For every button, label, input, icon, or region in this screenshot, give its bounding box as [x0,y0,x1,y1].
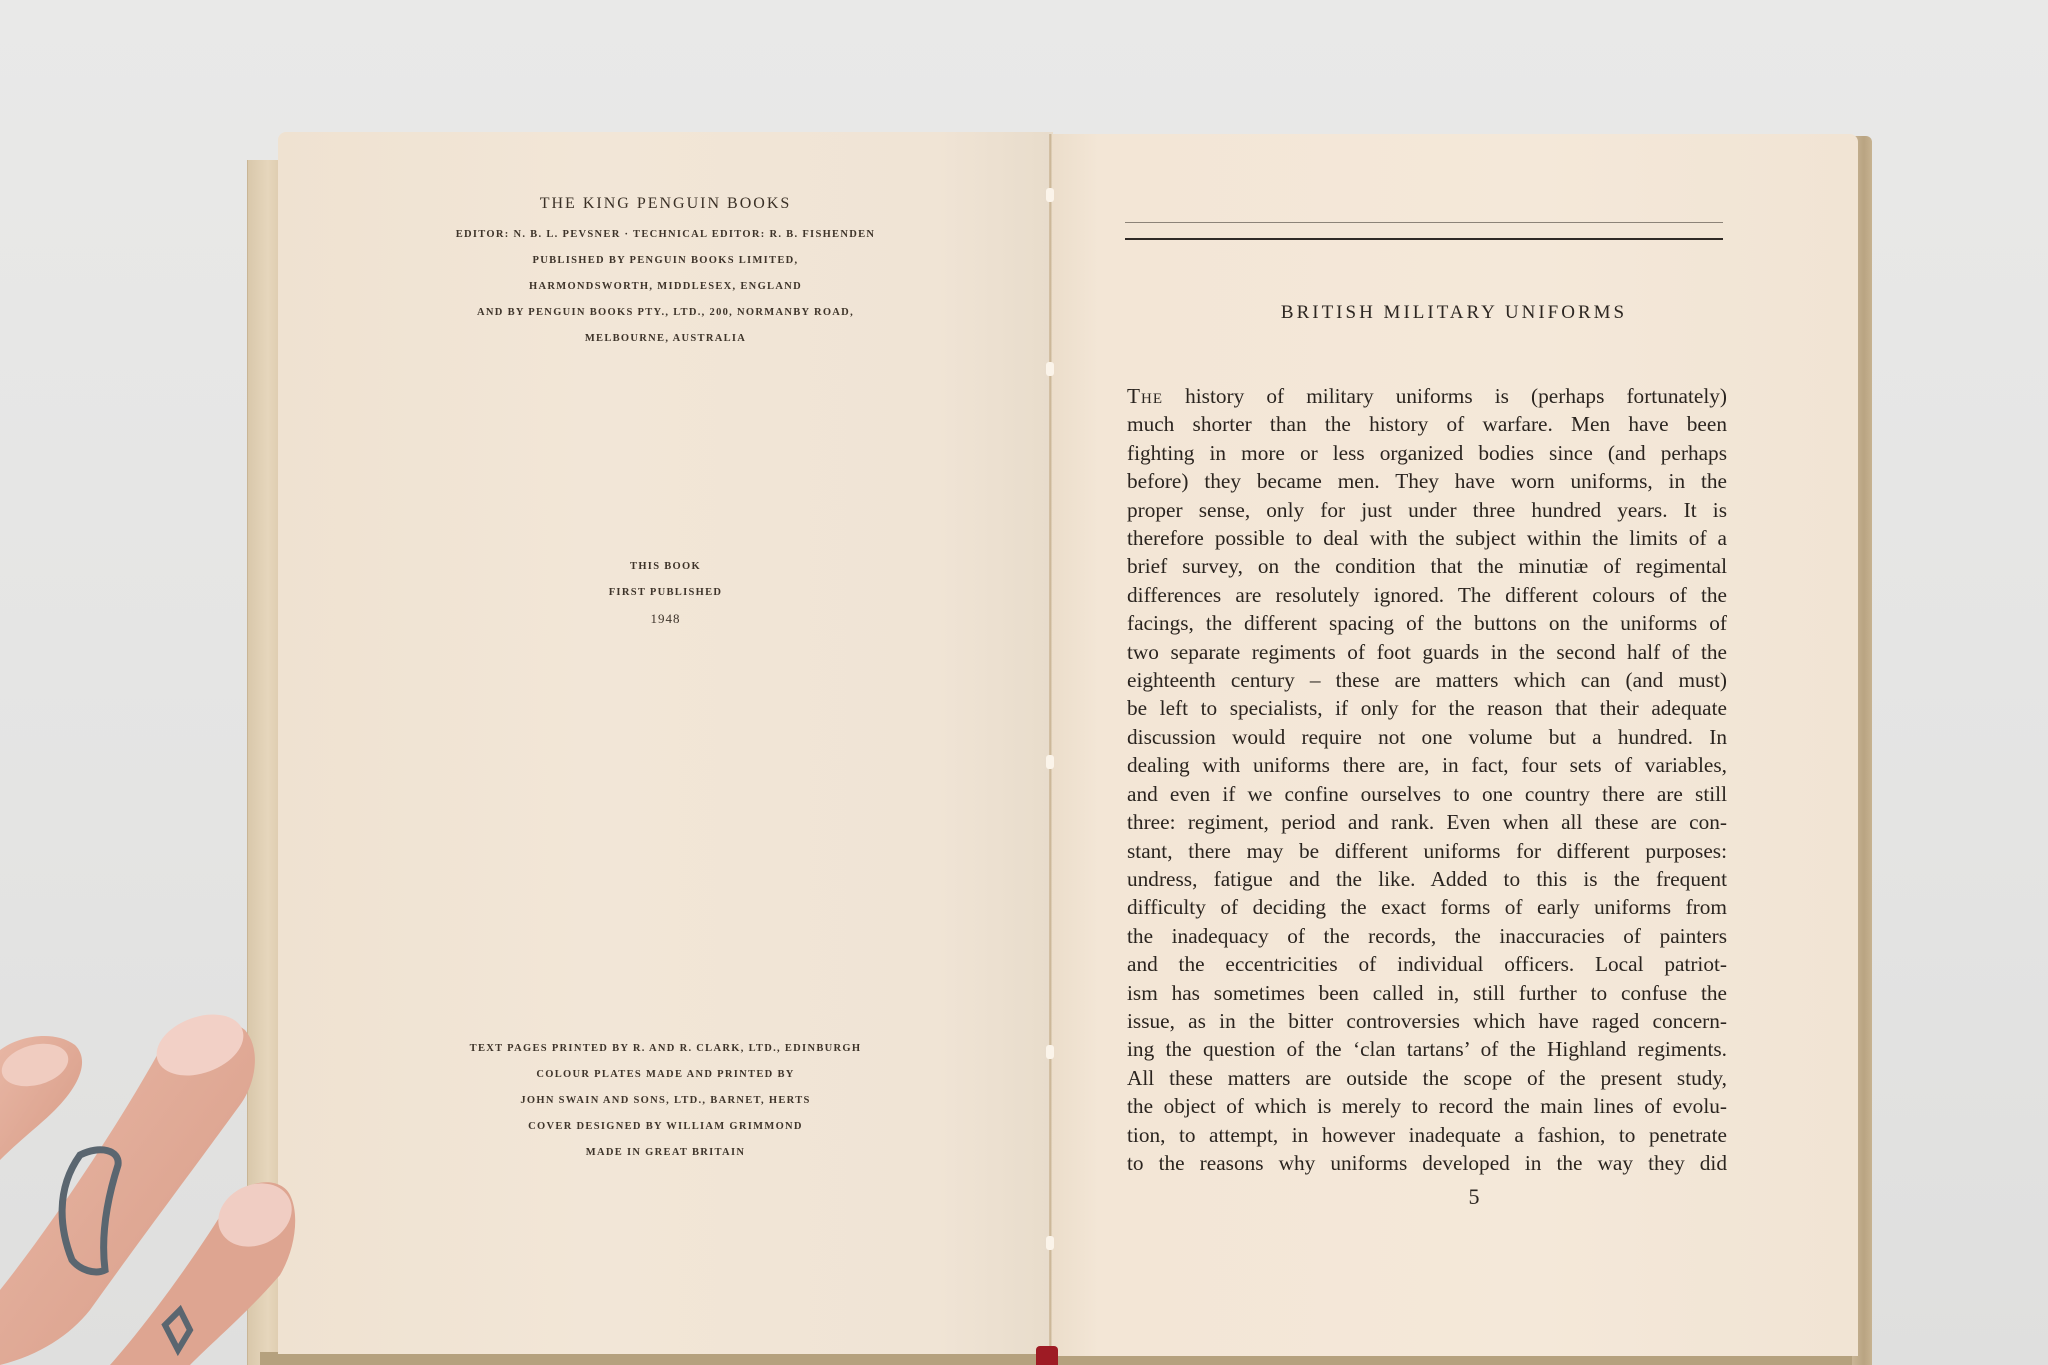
body-line: to the reasons why uniforms developed in… [1127,1149,1727,1177]
body-line: facings, the different spacing of the bu… [1127,609,1727,637]
body-line: and even if we confine ourselves to one … [1127,780,1727,808]
body-line: the inadequacy of the records, the inacc… [1127,922,1727,950]
editor-line: EDITOR: N. B. L. PEVSNER · TECHNICAL EDI… [278,222,1053,248]
body-line: proper sense, only for just under three … [1127,496,1727,524]
body-line: undress, fatigue and the like. Added to … [1127,865,1727,893]
made-in-line: MADE IN GREAT BRITAIN [278,1140,1053,1166]
body-line: the object of which is merely to record … [1127,1092,1727,1120]
chapter-title: BRITISH MILITARY UNIFORMS [1050,302,1858,324]
australia-publisher-line: AND BY PENGUIN BOOKS PTY., LTD., 200, NO… [278,300,1053,326]
body-line: The history of military uniforms is (per… [1127,382,1727,410]
book-gutter [1049,134,1052,1356]
body-line: issue, as in the bitter controversies wh… [1127,1007,1727,1035]
publisher-address-line: HARMONDSWORTH, MIDDLESEX, ENGLAND [278,274,1053,300]
left-page: THE KING PENGUIN BOOKS EDITOR: N. B. L. … [278,132,1053,1354]
body-line: ism has sometimes been called in, still … [1127,979,1727,1007]
body-line: and the eccentricities of individual off… [1127,950,1727,978]
printer-line: TEXT PAGES PRINTED BY R. AND R. CLARK, L… [278,1036,1053,1062]
body-line: tion, to attempt, in however inadequate … [1127,1121,1727,1149]
header-rule-thin [1125,222,1723,223]
binding-stitch [1046,1045,1054,1059]
page-number: 5 [1050,1184,1858,1210]
binding-stitch [1046,1236,1054,1250]
body-line: eighteenth century – these are matters w… [1127,666,1727,694]
cover-designer-line: COVER DESIGNED BY WILLIAM GRIMMOND [278,1114,1053,1140]
printer-imprint: TEXT PAGES PRINTED BY R. AND R. CLARK, L… [278,1036,1053,1166]
body-line: brief survey, on the condition that the … [1127,552,1727,580]
publisher-line: PUBLISHED BY PENGUIN BOOKS LIMITED, [278,248,1053,274]
body-line: three: regiment, period and rank. Even w… [1127,808,1727,836]
body-line: fighting in more or less organized bodie… [1127,439,1727,467]
body-line: before) they became men. They have worn … [1127,467,1727,495]
body-line: differences are resolutely ignored. The … [1127,581,1727,609]
right-page: BRITISH MILITARY UNIFORMS The history of… [1050,134,1858,1356]
drop-word: The [1127,384,1163,408]
printer-line: COLOUR PLATES MADE AND PRINTED BY [278,1062,1053,1088]
body-line: dealing with uniforms there are, in fact… [1127,751,1727,779]
body-line: stant, there may be different uniforms f… [1127,837,1727,865]
body-line: two separate regiments of foot guards in… [1127,638,1727,666]
publication-year: 1948 [278,606,1053,632]
body-text: The history of military uniforms is (per… [1127,382,1727,1177]
body-line: therefore possible to deal with the subj… [1127,524,1727,552]
bookmark-ribbon [1036,1346,1058,1365]
body-line: difficulty of deciding the exact forms o… [1127,893,1727,921]
hand-holding-book [0,990,330,1365]
publication-line: FIRST PUBLISHED [278,580,1053,606]
body-line: All these matters are outside the scope … [1127,1064,1727,1092]
series-imprint: THE KING PENGUIN BOOKS EDITOR: N. B. L. … [278,195,1053,352]
publication-line: THIS BOOK [278,554,1053,580]
body-line: be left to specialists, if only for the … [1127,694,1727,722]
header-rule-thick [1125,238,1723,240]
australia-address-line: MELBOURNE, AUSTRALIA [278,326,1053,352]
body-line: much shorter than the history of warfare… [1127,410,1727,438]
publication-note: THIS BOOK FIRST PUBLISHED 1948 [278,554,1053,632]
binding-stitch [1046,188,1054,202]
binding-stitch [1046,362,1054,376]
series-title: THE KING PENGUIN BOOKS [278,195,1053,213]
binding-stitch [1046,755,1054,769]
body-line: ing the question of the ‘clan tartans’ o… [1127,1035,1727,1063]
body-line: discussion would require not one volume … [1127,723,1727,751]
printer-line: JOHN SWAIN AND SONS, LTD., BARNET, HERTS [278,1088,1053,1114]
